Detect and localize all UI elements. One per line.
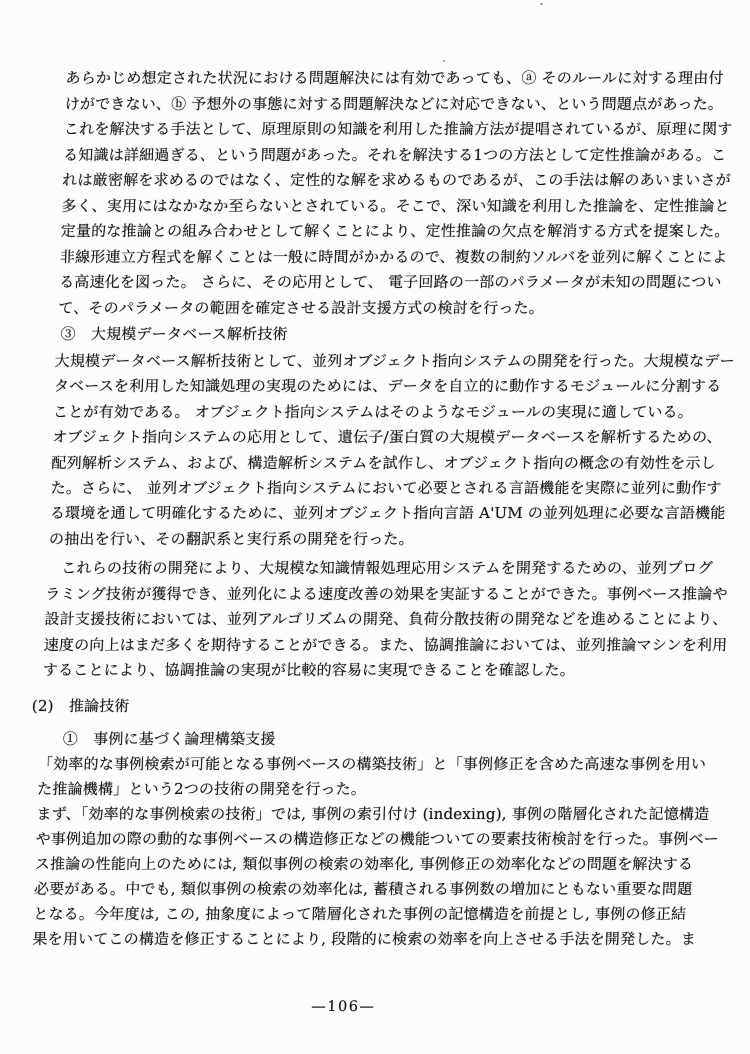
text-line: て、そのパラメータの範囲を確定させる設計支援方式の検討を行った。: [58, 296, 709, 322]
text-line: ラミング技術が獲得でき、並列化による速度改善の効果を実証することができた。事例ベ…: [45, 582, 706, 608]
paragraph-case-base-retrieval: 「効率的な事例検索が可能となる事例ベースの構築技術」と「事例修正を含めた高速な事…: [32, 752, 703, 952]
text-line: や事例追加の際の動的な事例ベースの構造修正などの機能ついての要素技術検討を行った…: [35, 827, 701, 852]
heading-large-scale-database: ③ 大規模データベース解析技術: [60, 322, 288, 347]
text-line: となる。今年度は, この, 抽象度によって階層化された事例の記憶構造を前提とし,…: [33, 902, 699, 927]
text-line: あらかじめ想定された状況における問題解決には有効であっても、ⓐ そのルールに対す…: [65, 66, 716, 92]
text-line: 配列解析システム、および、構造解析システムを試作し、オブジェクト指向の概念の有効…: [51, 451, 707, 476]
text-line: これらの技術の開発により、大規模な知識情報処理応用システムを開発するための、並列…: [46, 556, 707, 582]
heading-label: ③ 大規模データベース解析技術: [60, 322, 288, 347]
page-number: —106—: [0, 999, 719, 1015]
text-line: まず、「効率的な事例検索の技術」では, 事例の索引付け (indexing), …: [36, 802, 702, 827]
text-line: することにより、協調推論の実現が比較的容易に実現できることを確認した。: [43, 658, 704, 684]
text-line: た推論機構」という2つの技術の開発を行った。: [37, 777, 703, 802]
text-line: る高速化を図った。 さらに、その応用として、 電子回路の一部のパラメータが未知の…: [59, 270, 710, 296]
paragraph-summary-of-technologies: これらの技術の開発により、大規模な知識情報処理応用システムを開発するための、並列…: [43, 556, 707, 684]
text-line: 必要がある。中でも, 類似事例の検索の効率化は, 蓄積される事例数の増加にともな…: [34, 877, 700, 902]
text-line: ことが有効である。 オブジェクト指向システムはそのようなモジュールの実現に適して…: [53, 400, 709, 425]
text-line: 定量的な推論との組み合わせとして解くことにより、定性推論の欠点を解消する方式を提…: [60, 219, 711, 245]
text-line: これを解決する手法として、原理原則の知識を利用した推論方法が提唱されているが、原…: [64, 117, 715, 143]
text-line: 「効率的な事例検索が可能となる事例ベースの構築技術」と「事例修正を含めた高速な事…: [38, 752, 704, 777]
paragraph-parallel-object-oriented-system: 大規模データベース解析技術として、並列オブジェクト指向システムの開発を行った。大…: [49, 349, 710, 552]
document-page: あらかじめ想定された状況における問題解決には有効であっても、ⓐ そのルールに対す…: [0, 0, 750, 1054]
heading-case-based-logic-construction: ① 事例に基づく論理構築支援: [62, 727, 276, 752]
text-line: 多く、実用にはなかなか至らないとされている。そこで、深い知識を利用した推論を、定…: [61, 194, 712, 220]
text-line: 果を用いてこの構造を修正することにより, 段階的に検索の効率を向上させる手法を開…: [32, 927, 698, 952]
text-line: る知識は詳細過ぎる、という問題があった。それを解決する1つの方法として定性推論が…: [63, 143, 714, 169]
heading-label: (2) 推論技術: [31, 694, 130, 719]
text-line: 大規模データベース解析技術として、並列オブジェクト指向システムの開発を行った。大…: [54, 349, 710, 374]
text-line: れは厳密解を求めるのではなく、定性的な解を求めるものであるが、この手法は解のあい…: [62, 168, 713, 194]
text-line: 非線形連立方程式を解くことは一般に時間がかかるので、複数の制約ソルバを並列に解く…: [60, 245, 711, 271]
paragraph-rule-based-problem-solving: あらかじめ想定された状況における問題解決には有効であっても、ⓐ そのルールに対す…: [58, 66, 716, 321]
text-line: 設計支援技術においては、並列アルゴリズムの開発、負荷分散技術の開発などを進めるこ…: [44, 607, 705, 633]
text-line: 速度の向上はまだ多くを期待することができる。また、協調推論においては、並列推論マ…: [43, 633, 704, 659]
heading-label: ① 事例に基づく論理構築支援: [62, 727, 276, 752]
page-content: あらかじめ想定された状況における問題解決には有効であっても、ⓐ そのルールに対す…: [0, 0, 750, 1054]
text-line: る環境を通して明確化するために、並列オブジェクト指向言語 A'UM の並列処理に…: [49, 501, 705, 526]
text-line: の抽出を行い、その翻訳系と実行系の開発を行った。: [49, 527, 705, 552]
text-line: ス推論の性能向上のためには, 類似事例の検索の効率化, 事例修正の効率化などの問…: [34, 852, 700, 877]
text-line: タベースを利用した知識処理の実現のためには、データを自立的に動作するモジュールに…: [53, 374, 709, 399]
text-line: オブジェクト指向システムの応用として、遺伝子/蛋白質の大規模データベースを解析す…: [52, 425, 708, 450]
text-line: けができない、ⓑ 予想外の事態に対する問題解決などに対応できない、という問題点が…: [64, 92, 715, 118]
text-line: た。さらに、 並列オブジェクト指向システムにおいて必要とされる言語機能を実際に並…: [50, 476, 706, 501]
heading-section-2-inference-technology: (2) 推論技術: [31, 694, 130, 719]
